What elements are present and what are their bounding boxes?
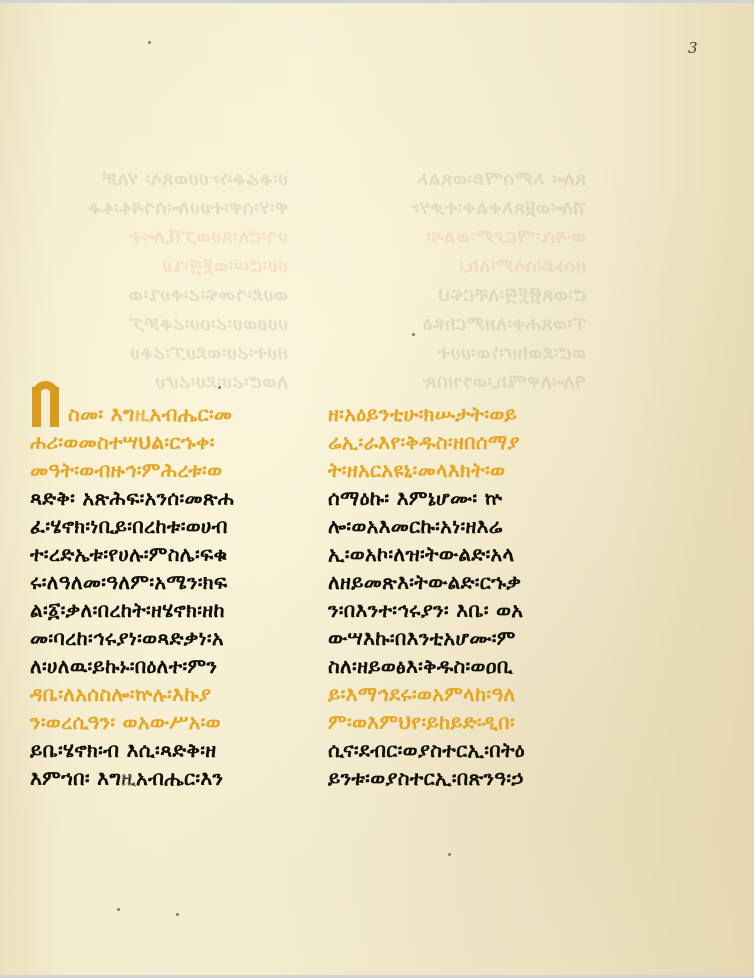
text-line: ይንቱ፡ወያስተርኢ፡በጽንዓ፡ኃ [328,764,596,792]
text-line: ል፡፩፡ቃለ፡በረከት፡ዘሄኖክ፡ዘከ [30,596,298,624]
parchment-speck [218,386,221,389]
show-through-line: ሽሎ፡ወ፱ጸእቀልቀ፡ተቃሃ፦ [328,194,586,223]
text-line: ውሣእኩ፡በእንቲአሆሙ፡ም [328,624,596,652]
text-line: ሲና፡ደብር፡ወያስተርኢ፡በትዕ [328,736,596,764]
text-line: ለዘይመጽእ፡ትውልድ፡ርኁቃ [328,568,596,596]
show-through-text-right: ሀ፡ቆሬቆ፡ነ፦ሀሀወጸላ፡ ሃለቻ ዋ፡ሃ፡ሰዋ፡ተሀሀሎ፡ሰኅዳፋ፡ፋቆ ሀ… [30,165,288,397]
text-line: ስመ፡ እግዚአብሔር፡መ [30,400,298,428]
show-through-line: ሀሀፀወሀ፡ሪ፡ዐሀ፡ሪቆቻፓ [30,310,288,339]
show-through-line: ሀሀ፡ሮሠ፡ወ፻፵፡ጌሀ [30,252,288,281]
text-line: ን፡ወረሲዓን፡ ወአውሥአ፡ወ [30,708,298,736]
show-through-line: ጸሎ፡ እምሰማይ፡ወጸልኦ [328,165,586,194]
text-line: መዓት፡ወብዙኅ፡ምሕረቱ፡ወ [30,456,298,484]
show-through-text-left: ጸሎ፡ እምሰማይ፡ወጸልኦ ሽሎ፡ወ፱ጸእቀልቀ፡ተቃሃ፦ ውዳሴ፡ማርያም፡… [328,165,586,397]
text-line: ሰማዕኩ፡ እምኔሆሙ፡ ኵ [328,484,596,512]
text-line: ሩ፡ለዓለመ፡ዓለም፡አሜን፡ክፍ [30,568,298,596]
text-line: ፈ፡ሄኖክ፡ነቢይ፡በረከቱ፡ወሀብ [30,512,298,540]
show-through-line: ዘሰኑይ፡ሰላም፡ለኪ፡ [328,252,586,281]
text-line: እምኀበ፡ እግዚአብሔር፡እን [30,764,298,792]
text-line: ሎ፡ወአእመርኩ፡አነ፡ዘእሬ [328,512,596,540]
show-through-line: ለወሮ፡ሪሀ፡ደሀ፡ሪሆሀ [30,368,288,397]
manuscript-page: 3 ጸሎ፡ እምሰማይ፡ወጸልኦ ሽሎ፡ወ፱ጸእቀልቀ፡ተቃሃ፦ ውዳሴ፡ማርያ… [0,3,754,975]
text-line: ሬኢ፡ራእየ፡ቅዱስ፡ዘበሰማያ [328,428,596,456]
parchment-speck [117,908,120,911]
text-line: ዘ፡አዕይንቲሁ፡ክሡታት፡ወይ [328,400,596,428]
text-line: ይቤ፡ሄኖክ፡ብ እሲ፡ጻድቅ፡ዘ [30,736,298,764]
text-column-right: ዘ፡አዕይንቲሁ፡ክሡታት፡ወይ ሬኢ፡ራእየ፡ቅዱስ፡ዘበሰማያ ት፡ዘአርአ… [328,400,596,792]
show-through-line: ዋ፡ሃ፡ሰዋ፡ተሀሀሎ፡ሰኅዳፋ፡ፋቆ [30,194,288,223]
text-line: ይ፡እማኅደሩ፡ወአምላከ፡ዓለ [328,680,596,708]
text-line: ኢ፡ወአኮ፡ለዝ፡ትውልድ፡አላ [328,540,596,568]
text-line: ጻድቅ፡ አጽሕፍ፡አንሰ፡መጽሐ [30,484,298,512]
show-through-line: ወሮ፡ደወክሆ፡ነወ፡ሀሀተ [328,339,586,368]
parchment-speck [176,913,179,916]
text-line: ለ፡ሀለዉ፡ይኩኑ፡በዕለተ፡ምን [30,652,298,680]
show-through-line: ወሀደ፡ኅመፍ፡ሪ፡ቀሀጌ፡ወ [30,281,288,310]
show-through-line: ዓሎ፡ለዋሜኪ፡ወንዝበጽ [328,368,586,397]
parchment-speck [148,41,151,44]
show-through-line: ፐ፡ወጸሐቀ፡ለዘምርክዬዕ [328,310,586,339]
show-through-line: ሀኅ፡ሮለ፡ጸሀወፓቪሎ፡ተ [30,223,288,252]
show-through-line: ሮ፡ወጸ፳፻፵፡ለቸርፍህ [328,281,586,310]
show-through-line: ውዳሴ፡ማርያም፡ወልዳ፡ [328,223,586,252]
text-line: መ፡ባረከ፡ኅሩያነ፡ወጻድቃነ፡አ [30,624,298,652]
text-line: ስለ፡ዘይወፅእ፡ቅዱስ፡ወዐቢ [328,652,596,680]
text-line: ም፡ወእምህየ፡ይከይድ፡ዲበ፡ [328,708,596,736]
parchment-speck [448,853,451,856]
page-number: 3 [688,39,698,57]
text-line: ት፡ዘአርአዩኒ፡መላእክት፡ወ [328,456,596,484]
show-through-line: ዘሀተ፡ሪሀ፡ወደሀፓ፡ሪቆሀ [30,339,288,368]
show-through-line: ሀ፡ቆሬቆ፡ነ፦ሀሀወጸላ፡ ሃለቻ [30,165,288,194]
text-line: ዳቤ፡ለአሰስሎ፡ኵሉ፡እኩያ [30,680,298,708]
text-line: ን፡በእንተ፡ኅሩያን፡ እቤ፡ ወአ [328,596,596,624]
text-column-left: ስመ፡ እግዚአብሔር፡መ ሐሪ፡ወመስተሣህል፡ርኁቀ፡ መዓት፡ወብዙኅ፡ም… [30,400,298,792]
text-line: ሐሪ፡ወመስተሣህል፡ርኁቀ፡ [30,428,298,456]
text-line: ተ፡ረድኤቱ፡የሀሉ፡ምስሌ፡ፍቁ [30,540,298,568]
parchment-speck [412,333,415,336]
